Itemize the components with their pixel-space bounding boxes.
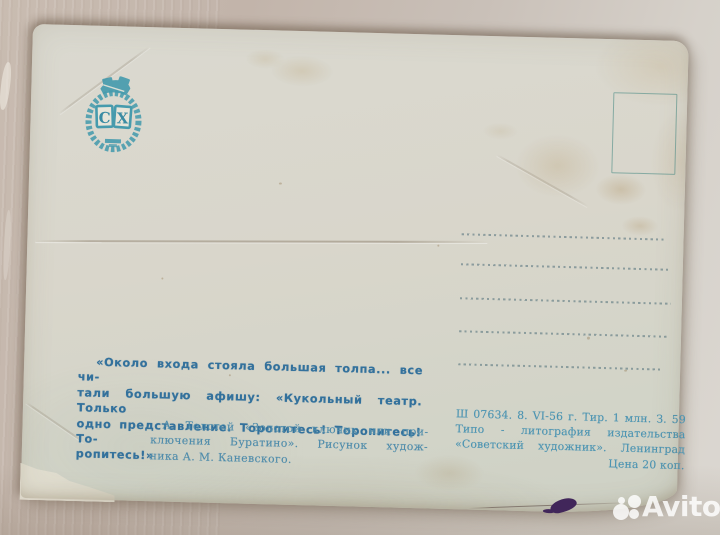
- paper-speck: [587, 337, 590, 340]
- watermark-text: Avito: [642, 490, 720, 523]
- photo-background: С Х «Около входа стояла большая толпа...…: [0, 0, 720, 535]
- avito-circle: [613, 504, 629, 520]
- postcard-back: С Х «Около входа стояла большая толпа...…: [21, 24, 689, 515]
- open-book-icon: С Х: [96, 105, 132, 128]
- attribution-text: А. Толстой «Золотой ключик или при- ключ…: [150, 417, 429, 470]
- avito-circle: [618, 497, 625, 504]
- imprint-text: Ш 07634. 8. VI-56 г. Тир. 1 млн. З. 59 Т…: [455, 406, 687, 473]
- publisher-emblem-logo: С Х: [83, 75, 145, 155]
- stamp-box: [611, 92, 677, 175]
- paper-speck: [437, 245, 439, 247]
- avito-watermark: Avito: [608, 491, 720, 531]
- paper-speck: [624, 370, 627, 372]
- emblem-letter-right: Х: [117, 109, 129, 127]
- paper-speck: [161, 277, 163, 279]
- avito-circle: [629, 509, 639, 519]
- emblem-letter-left: С: [98, 109, 110, 127]
- avito-circle: [628, 495, 641, 508]
- paper-speck: [279, 182, 282, 184]
